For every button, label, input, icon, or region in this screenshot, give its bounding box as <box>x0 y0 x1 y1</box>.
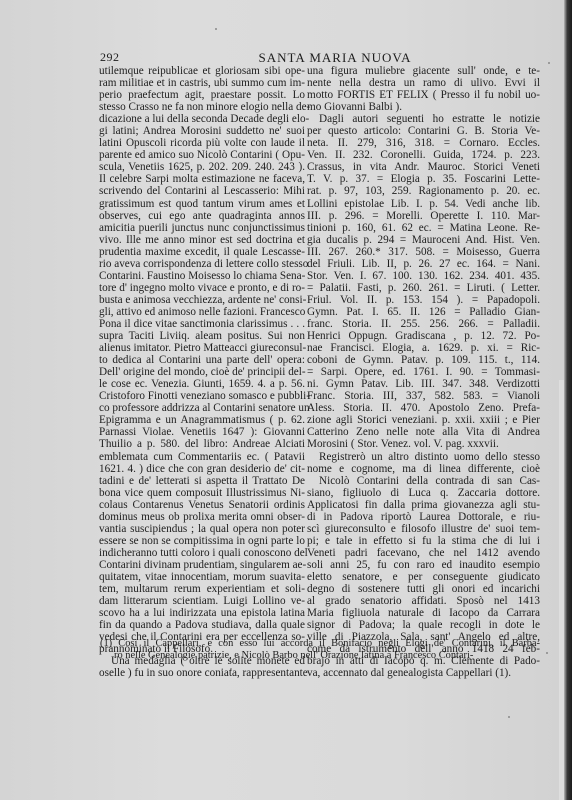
text-line: Franc. Storia. III, 337, 582. 583. = Via… <box>307 390 540 402</box>
text-line: supra Taciti Liviiq. aleam positus. Sui … <box>99 330 305 342</box>
text-line: soli anni 25, fu con raro ed inaudito es… <box>307 559 540 571</box>
text-line: colaus Contarenus Venetus Senatorii ordi… <box>99 499 305 511</box>
text-line: tem, multarum rerum experientiam et soli… <box>99 583 305 595</box>
text-line: III. 267. 260.* 317. 508. = Moisesso, Gu… <box>307 246 540 258</box>
text-line: emblemata cum Commentariis ec. ( Patavii <box>99 451 305 463</box>
text-line: Cristoforo Finotti veneziano somasco e p… <box>99 390 305 402</box>
text-line: Pona il dice vitae sanctimonia clarissim… <box>99 318 305 330</box>
footnote: (1) Così il Cappellari, e con esso lui a… <box>100 638 540 661</box>
text-line: gi latini; Andrea Morosini suddetto ne' … <box>99 125 305 137</box>
text-line: fin da quando a Padova studiava, dalla q… <box>99 619 305 631</box>
text-line: Epigramma e un Anagrammatismus ( p. 62. <box>99 414 305 426</box>
text-line: dicazione a lui della seconda Decade deg… <box>99 113 305 125</box>
text-line: utilemque reipublicae et gloriosam sibi … <box>99 65 305 77</box>
text-line: nome e cognome, ma di linea differente, … <box>307 463 540 475</box>
paper-speck <box>508 716 510 718</box>
text-line: = Sarpi. Opere, ed. 1761. I. 90. = Tomma… <box>307 366 540 378</box>
text-line: = Palatii. Fasti, p. 260. 261. = Liruti.… <box>307 282 540 294</box>
text-line: nente nella destra un ramo di ulivo. Evv… <box>307 77 540 89</box>
text-line: pi; e tale in effetto si fu la stima che… <box>307 535 540 547</box>
text-line: motto FORTIS ET FELIX ( Presso il fu nob… <box>307 89 540 101</box>
text-line: perio praefectum agit, praestare possit.… <box>99 89 305 101</box>
text-line: rio aveva corrispondenza di lettere coll… <box>99 258 305 270</box>
text-line: scula, Venetiis 1625, p. 202. 209. 240. … <box>99 161 305 173</box>
text-line: mo Giovanni Balbi ). <box>307 101 540 113</box>
text-line: eletto senatore, e per conseguente giudi… <box>307 571 540 583</box>
text-line: Stor. Ven. I. 67. 100. 130. 162. 234. 40… <box>307 270 540 282</box>
text-line: Lollini epistolae Lib. I. p. 54. Vedi an… <box>307 198 540 210</box>
text-line: rat. p. 97, 103, 259. Ragionamento p. 20… <box>307 185 540 197</box>
text-line: coboni de Gymn. Patav. p. 109. 115. t., … <box>307 354 540 366</box>
text-line: dominus meus ob prolixa merita omni obse… <box>99 511 305 523</box>
text-line: tinioni p. 160, 61. 62 ec. = Matina Leon… <box>307 222 540 234</box>
text-line: dam litterarum scientiam. Luigi Lollino … <box>99 595 305 607</box>
text-line: oselle ) fu in suo onore coniata, rappre… <box>99 667 305 679</box>
text-line: Applicatosi fin dalla prima giovanezza a… <box>307 499 540 511</box>
running-title: SANTA MARIA NUOVA <box>100 50 540 66</box>
text-line: ram militiae et in castris, ubi summo cu… <box>99 77 305 89</box>
text-line: amicitia puerili junctus nunc conjunctis… <box>99 222 305 234</box>
text-line: Henrici Oppugn. Gradiscana , p. 12. 72. … <box>307 330 540 342</box>
text-line: Dell' origine del mondo, cioè de' princi… <box>99 366 305 378</box>
text-line: del Friuli. Lib. II, p. 26. 27 ec. 164. … <box>307 258 540 270</box>
text-line: Catterino Zeno nelle note alla Vita di A… <box>307 426 540 438</box>
text-line: Gymn. Pat. I. 65. II. 126 = Palladio Gia… <box>307 306 540 318</box>
text-line: neta. II. 279, 316, 318. = Cornaro. Eccl… <box>307 137 540 149</box>
text-line: Thuilio a p. 580. del libro: Andreae Alc… <box>99 438 305 450</box>
paper-speck <box>215 28 217 30</box>
text-line: bona vice quem composuit Illustrissimus … <box>99 487 305 499</box>
text-line: latini Opuscoli ricorda più volte con la… <box>99 137 305 149</box>
text-line: zione agli Storici veneziani. p. xxii. x… <box>307 414 540 426</box>
paper-speck <box>548 62 550 64</box>
text-line: una figura muliebre giacente sull' onde,… <box>307 65 540 77</box>
text-line: Registrerò un altro distinto uomo dello … <box>307 451 540 463</box>
text-line: va, accennato dal genealogista Cappellar… <box>307 667 540 679</box>
text-line: busta e animosa vecchiezza, ardente ne' … <box>99 294 305 306</box>
text-line: Dagli autori seguenti ho estratte le not… <box>307 113 540 125</box>
text-line: indicheranno tutti coloro i quali conosc… <box>99 547 305 559</box>
right-column: una figura muliebre giacente sull' onde,… <box>307 65 540 679</box>
text-line: Nicolò Contarini della contrada di san C… <box>307 475 540 487</box>
text-line: Morosini ( Stor. Venez. vol. V. pag. xxx… <box>307 438 540 450</box>
text-line: vivo. Ille me anno minor est sed doctrin… <box>99 234 305 246</box>
text-line: Il celebre Sarpi molta estimazione ne fa… <box>99 173 305 185</box>
text-line: Contarini divinam prudentiam, singularem… <box>99 559 305 571</box>
text-line: Ven. II. 232. Coronelli. Guida, 1724. p.… <box>307 149 540 161</box>
text-line: scovo ha a lui indirizzata una epistola … <box>99 607 305 619</box>
text-line: gia ducalis p. 294 = Mauroceni And. Hist… <box>307 234 540 246</box>
text-line: stesso Crasso ne fa non minore elogio ne… <box>99 101 305 113</box>
text-line: di in Padova riportò Laurea Dottorale, e… <box>307 511 540 523</box>
text-line: franc. Storia. II. 255. 256. 266. = Pall… <box>307 318 540 330</box>
text-line: observes, cui ego ante quadraginta annos <box>99 210 305 222</box>
text-line: T. V. p. 37. = Elogia p. 35. Foscarini L… <box>307 173 540 185</box>
text-line: scì giureconsulto e filosofo illustre de… <box>307 523 540 535</box>
text-line: degno di sostenere tutti gli onori ed in… <box>307 583 540 595</box>
binding-edge <box>564 0 572 800</box>
text-line: nae Francisci. Elogia, a. 1629. p. xi. =… <box>307 342 540 354</box>
text-line: co professore addrizza al Contarini sena… <box>99 402 305 414</box>
text-line: scrivendo del Contarini al Lescasserio: … <box>99 185 305 197</box>
text-line: ro nelle Genealogie patrizie, e Nicolò B… <box>100 650 540 662</box>
text-line: Parnassi Violae. Venetiis 1647 ): Giovan… <box>99 426 305 438</box>
text-line: alienus imitator. Pietro Matteacci giure… <box>99 342 305 354</box>
text-line: 1621. 4. ) dice che con gran desiderio d… <box>99 463 305 475</box>
text-line: Maria figliuola naturale di Iacopo da Ca… <box>307 607 540 619</box>
text-line: parente ed amico suo Nicolò Contarini ( … <box>99 149 305 161</box>
paper-speck <box>546 652 548 654</box>
text-line: tadini e de' letterati si aspetta il Tra… <box>99 475 305 487</box>
text-line: vantia suscipiendus ; la qual opera non … <box>99 523 305 535</box>
text-line: signor di Padova; la quale recogli in do… <box>307 619 540 631</box>
text-line: siano, figliuolo di Luca q. Zaccaria dot… <box>307 487 540 499</box>
text-line: quitatem, vitae innocentiam, morum suavi… <box>99 571 305 583</box>
text-line: (1) Così il Cappellari, e con esso lui a… <box>100 638 540 650</box>
text-line: ni. Gymn Patav. Lib. III. 347. 348. Verd… <box>307 378 540 390</box>
text-line: Friul. Vol. II. p. 153. 154 ). = Papadop… <box>307 294 540 306</box>
text-line: Aless. Storia. II. 470. Apostolo Zeno. P… <box>307 402 540 414</box>
paper-speck <box>230 668 232 670</box>
left-column: utilemque reipublicae et gloriosam sibi … <box>99 65 305 679</box>
text-line: tore d' ingegno molto vivace e pronto, e… <box>99 282 305 294</box>
text-line: per questo articolo: Contarini G. B. Sto… <box>307 125 540 137</box>
text-line: prudentia maxime excedit, il quale Lesca… <box>99 246 305 258</box>
text-line: le cose ec. Venezia. Giunti, 1659. 4. a … <box>99 378 305 390</box>
text-line: to dedica al Contarini una parte dell' o… <box>99 354 305 366</box>
text-line: gratissimum est quod tantum virum ames e… <box>99 198 305 210</box>
text-line: Crassus, in vita Andr. Mauroc. Storici V… <box>307 161 540 173</box>
text-line: essere se non se compitissima in ogni pa… <box>99 535 305 547</box>
text-line: gli, attivo ed animoso nelle fazioni. Fr… <box>99 306 305 318</box>
running-head: 292 SANTA MARIA NUOVA <box>100 50 540 66</box>
text-line: al grado senatorio affidati. Sposò nel 1… <box>307 595 540 607</box>
text-line: Veneti padri facevano, che nel 1412 aven… <box>307 547 540 559</box>
text-line: Contarini. Faustino Moisesso lo chiama S… <box>99 270 305 282</box>
text-line: III. p. 296. = Morelli. Operette I. 110.… <box>307 210 540 222</box>
book-page: 292 SANTA MARIA NUOVA utilemque reipubli… <box>0 0 564 800</box>
